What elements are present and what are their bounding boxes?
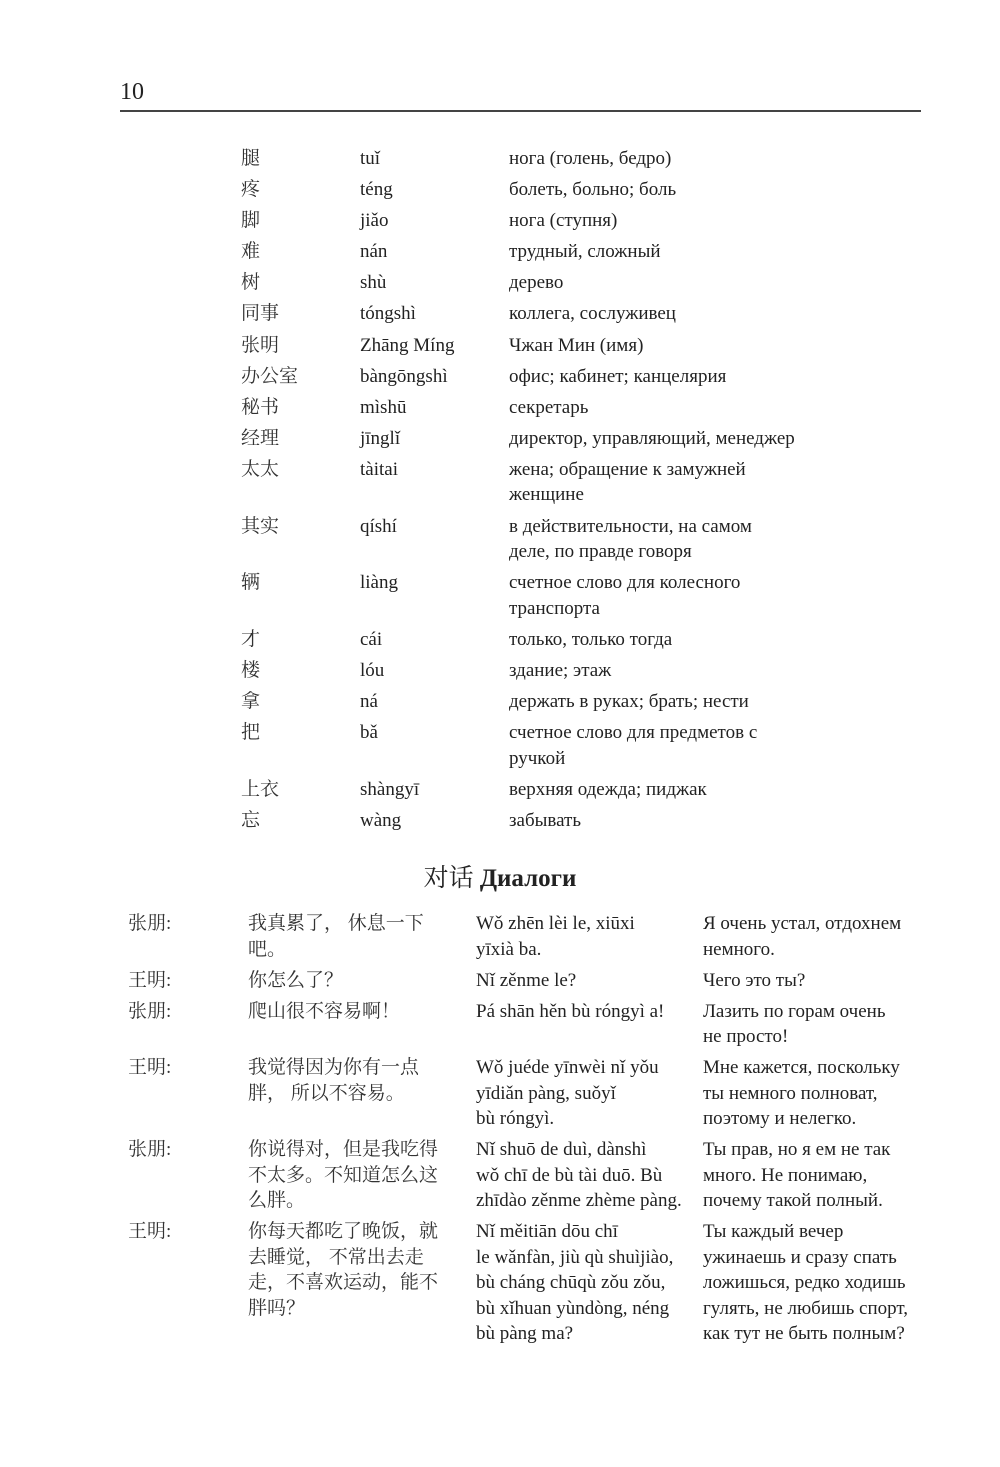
vocab-pinyin: lóu: [360, 658, 509, 684]
vocab-meaning: директор, управляющий, менеджер: [509, 426, 829, 452]
vocab-row: 楼 lóu здание; этаж: [241, 658, 841, 684]
vocab-row: 张明 Zhāng Míng Чжан Мин (имя): [241, 333, 841, 359]
vocab-row: 经理 jīnglǐ директор, управляющий, менедже…: [241, 426, 841, 452]
vocab-pinyin: tuǐ: [360, 146, 509, 172]
vocab-row: 同事 tóngshì коллега, сослуживец: [241, 301, 841, 327]
dialog-russian: Чего это ты?: [703, 968, 933, 994]
vocab-meaning: болеть, больно; боль: [509, 177, 829, 203]
vocab-meaning: здание; этаж: [509, 658, 829, 684]
vocab-row: 脚 jiǎo нога (ступня): [241, 208, 841, 234]
vocab-meaning: нога (ступня): [509, 208, 829, 234]
vocab-hanzi: 腿: [241, 146, 360, 172]
vocab-meaning: жена; обращение к замужней женщине: [509, 457, 769, 508]
vocab-meaning: секретарь: [509, 395, 829, 421]
vocab-row: 难 nán трудный, сложный: [241, 239, 841, 265]
vocab-hanzi: 同事: [241, 301, 360, 327]
dialog-chinese: 你怎么了？: [248, 968, 476, 994]
dialog-list: 张朋: 我真累了， 休息一下 吧。 Wǒ zhēn lèi le, xiūxi …: [128, 911, 928, 1353]
header-rule: [120, 110, 921, 112]
vocab-pinyin: jīnglǐ: [360, 426, 509, 452]
vocab-row: 办公室 bàngōngshì офис; кабинет; канцелярия: [241, 364, 841, 390]
dialog-speaker: 王明:: [128, 968, 248, 994]
dialog-pinyin: Nǐ zěnme le?: [476, 968, 703, 994]
vocab-meaning: забывать: [509, 808, 829, 834]
vocab-pinyin: shù: [360, 270, 509, 296]
dialog-pinyin: Pá shān hěn bù róngyì a!: [476, 999, 703, 1050]
dialog-row: 王明: 你怎么了？ Nǐ zěnme le? Чего это ты?: [128, 968, 928, 994]
vocab-meaning: счетное слово для колесного транспорта: [509, 570, 764, 621]
dialog-speaker: 张朋:: [128, 1137, 248, 1214]
vocab-meaning: в действительности, на самом деле, по пр…: [509, 514, 774, 565]
vocab-hanzi: 张明: [241, 333, 360, 359]
vocab-hanzi: 脚: [241, 208, 360, 234]
vocab-row: 树 shù дерево: [241, 270, 841, 296]
vocab-pinyin: bàngōngshì: [360, 364, 509, 390]
vocab-pinyin: liàng: [360, 570, 509, 621]
dialog-speaker: 王明:: [128, 1055, 248, 1132]
vocab-hanzi: 办公室: [241, 364, 360, 390]
dialog-russian: Лазить по горам очень не просто!: [703, 999, 933, 1050]
vocab-pinyin: nán: [360, 239, 509, 265]
vocab-pinyin: bǎ: [360, 720, 509, 771]
vocabulary-list: 腿 tuǐ нога (голень, бедро) 疼 téng болеть…: [241, 146, 841, 839]
vocab-meaning: верхняя одежда; пиджак: [509, 777, 829, 803]
vocab-meaning: счетное слово для предметов с ручкой: [509, 720, 774, 771]
vocab-row: 太太 tàitai жена; обращение к замужней жен…: [241, 457, 841, 508]
vocab-pinyin: shàngyī: [360, 777, 509, 803]
vocab-pinyin: jiǎo: [360, 208, 509, 234]
vocab-meaning: офис; кабинет; канцелярия: [509, 364, 829, 390]
vocab-pinyin: wàng: [360, 808, 509, 834]
vocab-hanzi: 辆: [241, 570, 360, 621]
vocab-row: 忘 wàng забывать: [241, 808, 841, 834]
vocab-pinyin: tàitai: [360, 457, 509, 508]
vocab-meaning: нога (голень, бедро): [509, 146, 829, 172]
vocab-hanzi: 拿: [241, 689, 360, 715]
vocab-meaning: держать в руках; брать; нести: [509, 689, 829, 715]
dialog-row: 张朋: 我真累了， 休息一下 吧。 Wǒ zhēn lèi le, xiūxi …: [128, 911, 928, 962]
dialog-russian: Ты каждый вечер ужинаешь и сразу спать л…: [703, 1219, 933, 1347]
vocab-hanzi: 经理: [241, 426, 360, 452]
page-number: 10: [120, 78, 144, 106]
vocab-meaning: трудный, сложный: [509, 239, 829, 265]
vocab-hanzi: 上衣: [241, 777, 360, 803]
dialog-russian: Мне кажется, поскольку ты немного полнов…: [703, 1055, 933, 1132]
dialog-row: 张朋: 爬山很不容易啊！ Pá shān hěn bù róngyì a! Ла…: [128, 999, 928, 1050]
dialog-row: 王明: 你每天都吃了晚饭，就 去睡觉， 不常出去走 走，不喜欢运动，能不 胖吗？…: [128, 1219, 928, 1347]
dialog-chinese: 你每天都吃了晚饭，就 去睡觉， 不常出去走 走，不喜欢运动，能不 胖吗？: [248, 1219, 476, 1347]
dialog-chinese: 我觉得因为你有一点 胖， 所以不容易。: [248, 1055, 476, 1132]
vocab-hanzi: 忘: [241, 808, 360, 834]
vocab-hanzi: 树: [241, 270, 360, 296]
vocab-hanzi: 疼: [241, 177, 360, 203]
dialog-chinese: 你说得对，但是我吃得 不太多。不知道怎么这 么胖。: [248, 1137, 476, 1214]
vocab-meaning: коллега, сослуживец: [509, 301, 829, 327]
dialog-chinese: 我真累了， 休息一下 吧。: [248, 911, 476, 962]
dialog-pinyin: Wǒ juéde yīnwèi nǐ yǒu yīdiǎn pàng, suǒy…: [476, 1055, 703, 1132]
vocab-pinyin: tóngshì: [360, 301, 509, 327]
vocab-pinyin: cái: [360, 627, 509, 653]
dialog-speaker: 王明:: [128, 1219, 248, 1347]
vocab-row: 腿 tuǐ нога (голень, бедро): [241, 146, 841, 172]
dialog-row: 王明: 我觉得因为你有一点 胖， 所以不容易。 Wǒ juéde yīnwèi …: [128, 1055, 928, 1132]
vocab-row: 上衣 shàngyī верхняя одежда; пиджак: [241, 777, 841, 803]
dialog-pinyin: Wǒ zhēn lèi le, xiūxi yīxià ba.: [476, 911, 703, 962]
vocab-hanzi: 太太: [241, 457, 360, 508]
dialog-russian: Я очень устал, отдохнем немного.: [703, 911, 933, 962]
vocab-meaning: дерево: [509, 270, 829, 296]
vocab-row: 才 cái только, только тогда: [241, 627, 841, 653]
vocab-meaning: только, только тогда: [509, 627, 829, 653]
dialog-speaker: 张朋:: [128, 999, 248, 1050]
vocab-pinyin: téng: [360, 177, 509, 203]
vocab-hanzi: 难: [241, 239, 360, 265]
vocab-pinyin: qíshí: [360, 514, 509, 565]
vocab-row: 拿 ná держать в руках; брать; нести: [241, 689, 841, 715]
vocab-hanzi: 其实: [241, 514, 360, 565]
vocab-pinyin: mìshū: [360, 395, 509, 421]
vocab-pinyin: Zhāng Míng: [360, 333, 509, 359]
vocab-row: 其实 qíshí в действительности, на самом де…: [241, 514, 841, 565]
vocab-meaning: Чжан Мин (имя): [509, 333, 829, 359]
vocab-hanzi: 楼: [241, 658, 360, 684]
vocab-row: 秘书 mìshū секретарь: [241, 395, 841, 421]
section-title-zh: 对话: [424, 865, 474, 892]
vocab-pinyin: ná: [360, 689, 509, 715]
vocab-hanzi: 才: [241, 627, 360, 653]
vocab-hanzi: 把: [241, 720, 360, 771]
dialog-row: 张朋: 你说得对，但是我吃得 不太多。不知道怎么这 么胖。 Nǐ shuō de…: [128, 1137, 928, 1214]
dialog-pinyin: Nǐ měitiān dōu chī le wǎnfàn, jiù qù shu…: [476, 1219, 703, 1347]
vocab-row: 疼 téng болеть, больно; боль: [241, 177, 841, 203]
dialog-russian: Ты прав, но я ем не так много. Не понима…: [703, 1137, 933, 1214]
section-title-ru: Диалоги: [480, 865, 577, 892]
section-title: 对话 Диалоги: [0, 863, 1000, 895]
dialog-speaker: 张朋:: [128, 911, 248, 962]
vocab-hanzi: 秘书: [241, 395, 360, 421]
dialog-pinyin: Nǐ shuō de duì, dànshì wǒ chī de bù tài …: [476, 1137, 703, 1214]
vocab-row: 辆 liàng счетное слово для колесного тран…: [241, 570, 841, 621]
vocab-row: 把 bǎ счетное слово для предметов с ручко…: [241, 720, 841, 771]
dialog-chinese: 爬山很不容易啊！: [248, 999, 476, 1050]
